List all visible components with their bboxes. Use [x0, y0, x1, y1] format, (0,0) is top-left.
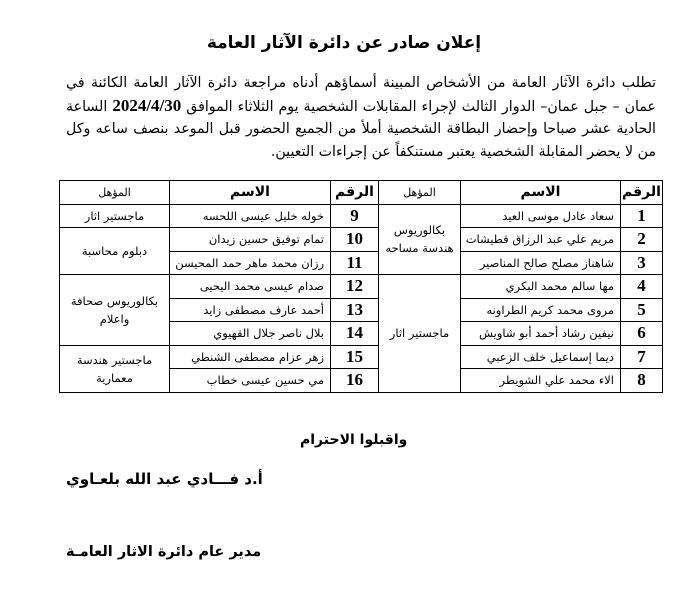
table-row: 7 ديما إسماعيل خلف الزعبي 15 زهر عزام مص… — [60, 345, 663, 369]
candidate-name: ديما إسماعيل خلف الزعبي — [461, 345, 621, 369]
candidate-number: 15 — [331, 345, 379, 369]
candidate-name: مها سالم محمد البكري — [461, 275, 621, 299]
qualification-cell: ماجستير اثار — [379, 275, 461, 393]
candidate-name: نيفين رشاد أحمد أبو شاويش — [461, 322, 621, 346]
candidate-name: مروى محمد كريم الطراونه — [461, 298, 621, 322]
candidate-number: 10 — [331, 228, 379, 252]
interview-date: 2024/4/30 — [112, 96, 181, 115]
candidate-name: مي حسين عيسى خطاب — [170, 369, 331, 393]
candidate-name: مريم علي عبد الرزاق قطيشات — [461, 228, 621, 252]
candidate-number: 1 — [621, 204, 663, 228]
candidate-number: 4 — [621, 275, 663, 299]
candidate-number: 14 — [331, 322, 379, 346]
header-number: الرقم — [331, 181, 379, 205]
candidate-name: سعاد عادل موسى العيد — [461, 204, 621, 228]
announcement-body: تطلب دائرة الآثار العامة من الأشخاص المب… — [66, 72, 656, 163]
candidate-number: 9 — [331, 204, 379, 228]
candidate-number: 16 — [331, 369, 379, 393]
candidate-name: الاء محمد علي الشويطر — [461, 369, 621, 393]
header-number: الرقم — [621, 181, 663, 205]
announcement-title: إعلان صادر عن دائرة الآثار العامة — [0, 33, 688, 53]
closing-salutation: واقبلوا الاحترام — [300, 432, 407, 448]
header-name: الاسم — [170, 181, 331, 205]
qualification-cell: بكالوريوس هندسة مساحه — [379, 204, 461, 275]
table-row: 2 مريم علي عبد الرزاق قطيشات 10 تمام توف… — [60, 228, 663, 252]
candidate-number: 11 — [331, 251, 379, 275]
signer-position: مدير عام دائرة الاثار العامـة — [66, 544, 261, 560]
candidate-number: 13 — [331, 298, 379, 322]
signer-name: أ.د فـــادي عبد الله بلعـاوي — [66, 470, 263, 488]
qualification-cell: دبلوم محاسبة — [60, 228, 170, 275]
table-row: 1 سعاد عادل موسى العيد بكالوريوس هندسة م… — [60, 204, 663, 228]
header-qualification: المؤهل — [379, 181, 461, 205]
candidate-number: 3 — [621, 251, 663, 275]
candidate-number: 2 — [621, 228, 663, 252]
candidate-name: تمام توفيق حسين زيدان — [170, 228, 331, 252]
header-qualification: المؤهل — [60, 181, 170, 205]
candidate-name: صدام عيسى محمد اليحيى — [170, 275, 331, 299]
candidate-name: زهر عزام مصطفى الشنطي — [170, 345, 331, 369]
candidate-number: 5 — [621, 298, 663, 322]
qualification-cell: ماجستير هندسة معمارية — [60, 345, 170, 392]
candidate-name: رزان محمد ماهر حمد المحيسن — [170, 251, 331, 275]
table-header-row: الرقم الاسم المؤهل الرقم الاسم المؤهل — [60, 181, 663, 205]
candidates-table: الرقم الاسم المؤهل الرقم الاسم المؤهل 1 … — [59, 180, 663, 393]
header-name: الاسم — [461, 181, 621, 205]
qualification-cell: بكالوريوس صحافة واعلام — [60, 275, 170, 346]
candidate-number: 6 — [621, 322, 663, 346]
candidate-number: 8 — [621, 369, 663, 393]
qualification-cell: ماجستير اثار — [60, 204, 170, 228]
candidate-name: أحمد عارف مصطفى زايد — [170, 298, 331, 322]
candidate-name: شاهناز مصلح صالح المناصير — [461, 251, 621, 275]
candidate-number: 12 — [331, 275, 379, 299]
candidate-name: خوله خليل عيسى اللحسه — [170, 204, 331, 228]
candidate-name: بلال ناصر جلال القهيوي — [170, 322, 331, 346]
candidate-number: 7 — [621, 345, 663, 369]
table-row: 4 مها سالم محمد البكري ماجستير اثار 12 ص… — [60, 275, 663, 299]
